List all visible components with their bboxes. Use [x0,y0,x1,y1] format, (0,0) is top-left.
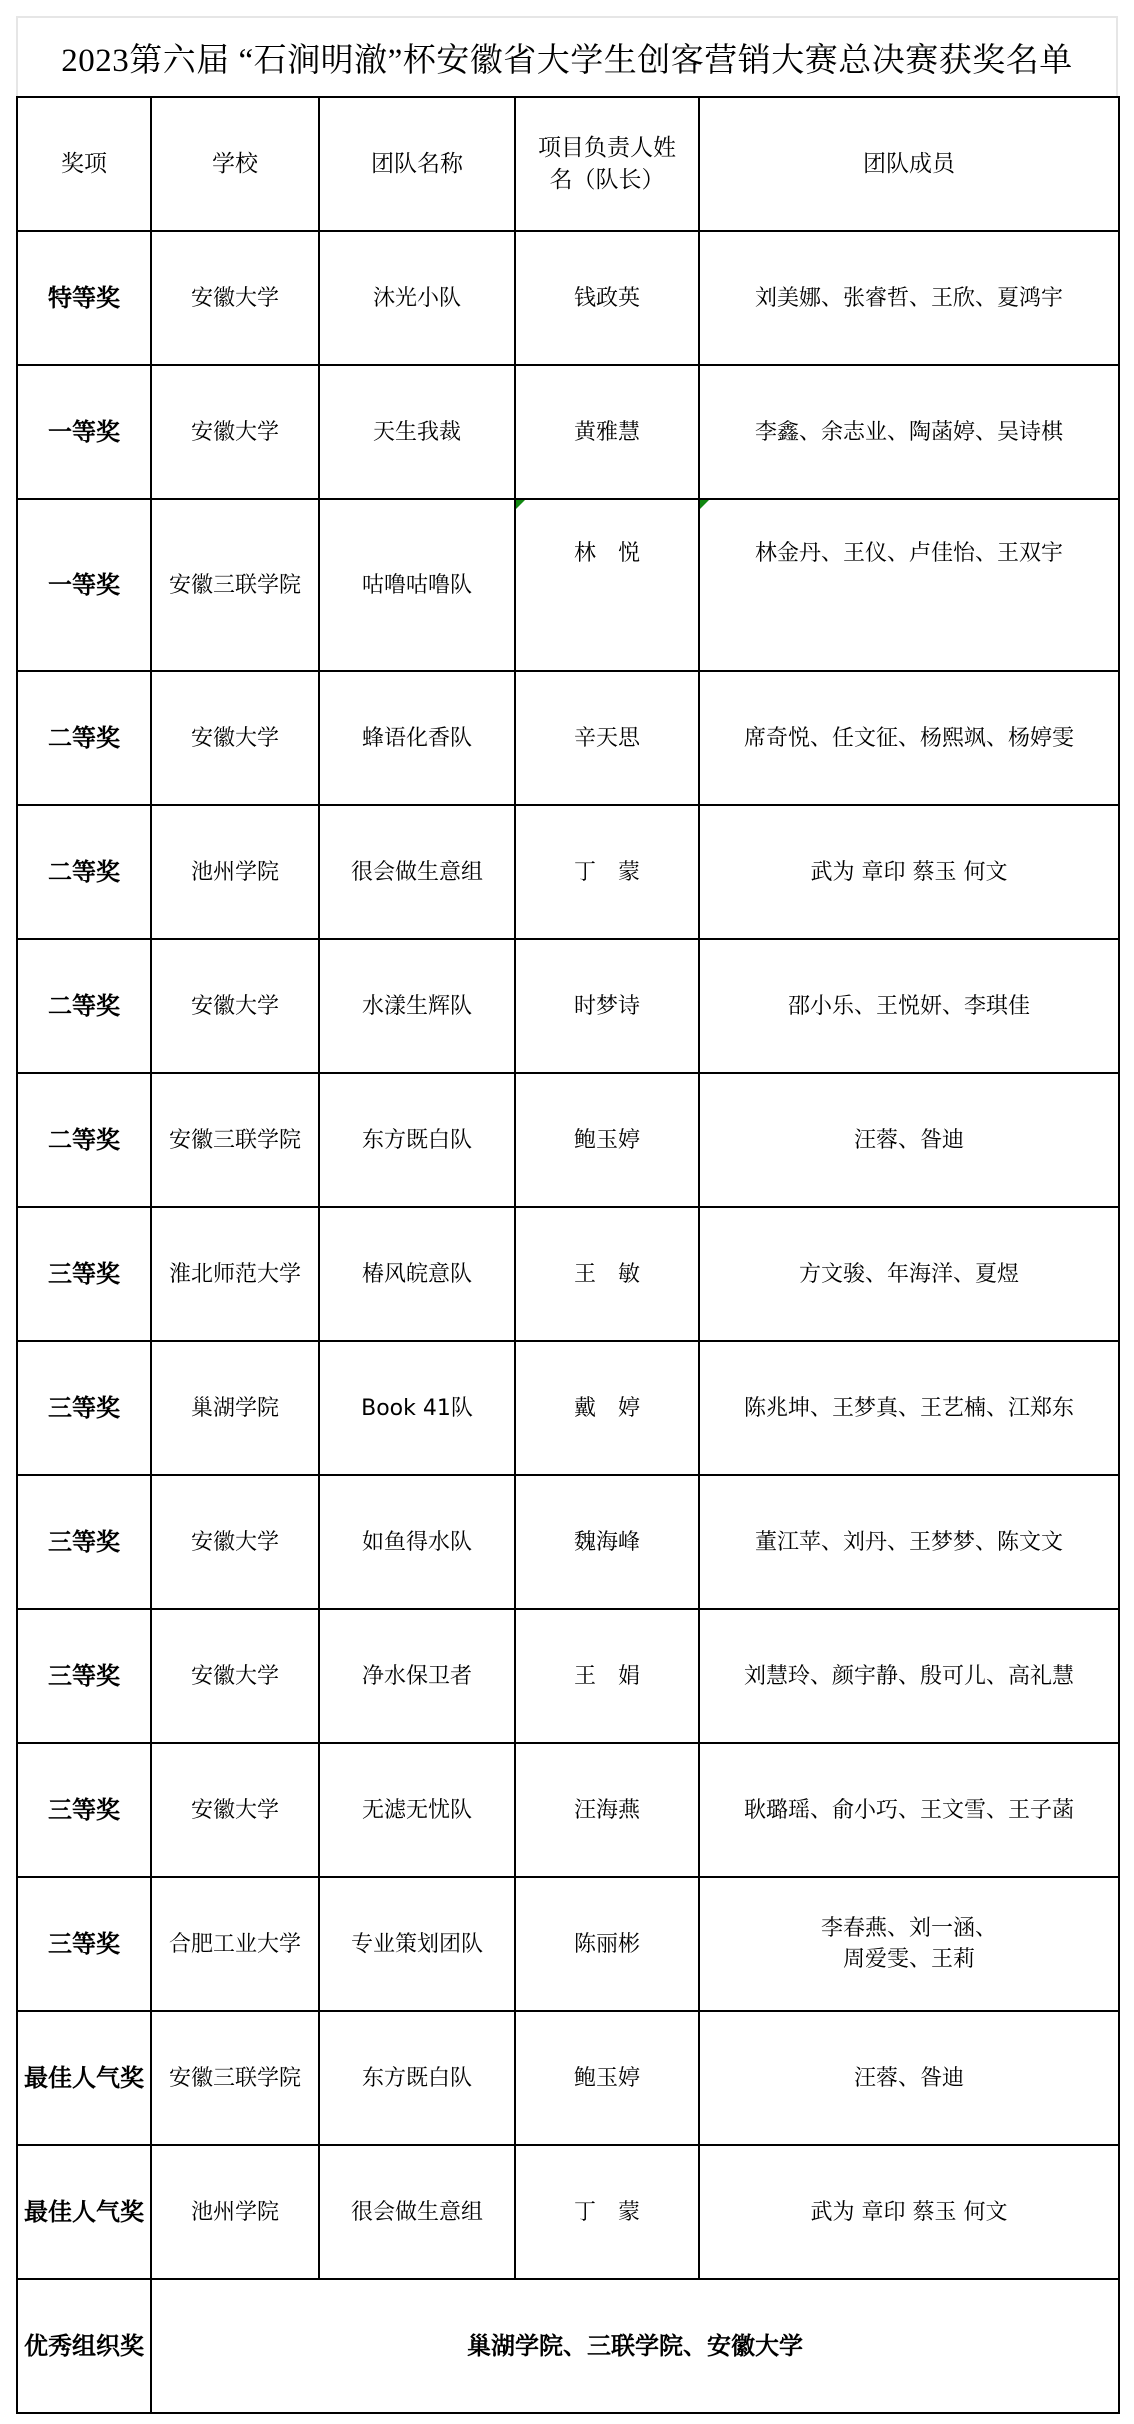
award-cell: 二等奖 [17,1073,151,1207]
header-school: 学校 [151,97,319,231]
header-leader: 项目负责人姓名（队长） [515,97,699,231]
team-cell: 净水保卫者 [319,1609,515,1743]
organization-recipients: 巢湖学院、三联学院、安徽大学 [151,2279,1119,2413]
leader-cell: 丁 蒙 [515,805,699,939]
table-row: 三等奖 合肥工业大学 专业策划团队 陈丽彬 李春燕、刘一涵、 周爱雯、王莉 [17,1877,1119,2011]
school-cell: 巢湖学院 [151,1341,319,1475]
award-table: 奖项 学校 团队名称 项目负责人姓名（队长） 团队成员 特等奖 安徽大学 沐光小… [16,96,1120,2414]
header-members: 团队成员 [699,97,1119,231]
leader-cell: 汪海燕 [515,1743,699,1877]
leader-cell: 陈丽彬 [515,1877,699,2011]
team-cell: 很会做生意组 [319,2145,515,2279]
team-cell: Book 41队 [319,1341,515,1475]
school-cell: 安徽大学 [151,231,319,365]
team-cell: 很会做生意组 [319,805,515,939]
award-cell: 二等奖 [17,939,151,1073]
members-cell: 耿璐瑶、俞小巧、王文雪、王子菡 [699,1743,1119,1877]
members-cell: 李鑫、余志业、陶菡婷、吴诗棋 [699,365,1119,499]
table-row: 二等奖 安徽三联学院 东方既白队 鲍玉婷 汪蓉、昝迪 [17,1073,1119,1207]
members-line-2: 周爱雯、王莉 [704,1944,1114,1975]
table-row: 三等奖 安徽大学 无滤无忧队 汪海燕 耿璐瑶、俞小巧、王文雪、王子菡 [17,1743,1119,1877]
leader-cell: 丁 蒙 [515,2145,699,2279]
award-cell: 二等奖 [17,671,151,805]
leader-cell: 王 娟 [515,1609,699,1743]
header-row: 奖项 学校 团队名称 项目负责人姓名（队长） 团队成员 [17,97,1119,231]
school-cell: 安徽三联学院 [151,1073,319,1207]
award-cell: 特等奖 [17,231,151,365]
members-cell: 邵小乐、王悦妍、李琪佳 [699,939,1119,1073]
table-row: 二等奖 安徽大学 蜂语化香队 辛天思 席奇悦、任文征、杨熙飒、杨婷雯 [17,671,1119,805]
school-cell: 安徽三联学院 [151,499,319,671]
members-cell: 武为 章印 蔡玉 何文 [699,2145,1119,2279]
table-row: 最佳人气奖 池州学院 很会做生意组 丁 蒙 武为 章印 蔡玉 何文 [17,2145,1119,2279]
team-cell: 如鱼得水队 [319,1475,515,1609]
award-cell: 三等奖 [17,1341,151,1475]
school-cell: 池州学院 [151,805,319,939]
members-cell: 董江苹、刘丹、王梦梦、陈文文 [699,1475,1119,1609]
school-cell: 池州学院 [151,2145,319,2279]
award-cell: 三等奖 [17,1743,151,1877]
leader-cell: 钱政英 [515,231,699,365]
table-row: 三等奖 安徽大学 净水保卫者 王 娟 刘慧玲、颜宇静、殷可儿、高礼慧 [17,1609,1119,1743]
team-cell: 蜂语化香队 [319,671,515,805]
award-list-sheet: 2023第六届 “石涧明澈”杯安徽省大学生创客营销大赛总决赛获奖名单 奖项 学校… [16,16,1118,2414]
school-cell: 淮北师范大学 [151,1207,319,1341]
table-row: 最佳人气奖 安徽三联学院 东方既白队 鲍玉婷 汪蓉、昝迪 [17,2011,1119,2145]
members-cell: 武为 章印 蔡玉 何文 [699,805,1119,939]
members-line-1: 李春燕、刘一涵、 [704,1913,1114,1944]
organization-award-row: 优秀组织奖 巢湖学院、三联学院、安徽大学 [17,2279,1119,2413]
team-cell: 专业策划团队 [319,1877,515,2011]
header-team: 团队名称 [319,97,515,231]
school-cell: 安徽大学 [151,1743,319,1877]
school-cell: 安徽大学 [151,671,319,805]
header-award: 奖项 [17,97,151,231]
leader-cell: 鲍玉婷 [515,1073,699,1207]
members-cell: 席奇悦、任文征、杨熙飒、杨婷雯 [699,671,1119,805]
members-cell: 方文骏、年海洋、夏煜 [699,1207,1119,1341]
leader-cell: 戴 婷 [515,1341,699,1475]
team-cell: 水漾生辉队 [319,939,515,1073]
award-cell: 最佳人气奖 [17,2145,151,2279]
comment-marker-icon[interactable] [516,500,525,509]
team-cell: 咕噜咕噜队 [319,499,515,671]
page-title: 2023第六届 “石涧明澈”杯安徽省大学生创客营销大赛总决赛获奖名单 [16,16,1118,96]
table-row: 三等奖 安徽大学 如鱼得水队 魏海峰 董江苹、刘丹、王梦梦、陈文文 [17,1475,1119,1609]
members-cell: 汪蓉、昝迪 [699,1073,1119,1207]
members-cell[interactable]: 林金丹、王仪、卢佳怡、王双宇 [699,499,1119,671]
team-cell: 东方既白队 [319,1073,515,1207]
school-cell: 安徽三联学院 [151,2011,319,2145]
leader-cell: 魏海峰 [515,1475,699,1609]
table-row: 三等奖 巢湖学院 Book 41队 戴 婷 陈兆坤、王梦真、王艺楠、江郑东 [17,1341,1119,1475]
members-cell: 刘美娜、张睿哲、王欣、夏鸿宇 [699,231,1119,365]
award-cell: 优秀组织奖 [17,2279,151,2413]
leader-cell[interactable]: 林 悦 [515,499,699,671]
school-cell: 安徽大学 [151,1609,319,1743]
table-row: 三等奖 淮北师范大学 椿风皖意队 王 敏 方文骏、年海洋、夏煜 [17,1207,1119,1341]
leader-cell: 鲍玉婷 [515,2011,699,2145]
leader-cell: 时梦诗 [515,939,699,1073]
table-row: 一等奖 安徽大学 天生我裁 黄雅慧 李鑫、余志业、陶菡婷、吴诗棋 [17,365,1119,499]
members-cell: 刘慧玲、颜宇静、殷可儿、高礼慧 [699,1609,1119,1743]
leader-cell: 黄雅慧 [515,365,699,499]
leader-cell: 辛天思 [515,671,699,805]
table-row: 特等奖 安徽大学 沐光小队 钱政英 刘美娜、张睿哲、王欣、夏鸿宇 [17,231,1119,365]
award-cell: 三等奖 [17,1609,151,1743]
team-cell: 东方既白队 [319,2011,515,2145]
members-text: 林金丹、王仪、卢佳怡、王双宇 [755,541,1063,566]
table-row: 二等奖 池州学院 很会做生意组 丁 蒙 武为 章印 蔡玉 何文 [17,805,1119,939]
team-cell: 椿风皖意队 [319,1207,515,1341]
award-cell: 最佳人气奖 [17,2011,151,2145]
school-cell: 安徽大学 [151,1475,319,1609]
award-cell: 一等奖 [17,499,151,671]
award-cell: 三等奖 [17,1475,151,1609]
award-cell: 二等奖 [17,805,151,939]
team-cell: 沐光小队 [319,231,515,365]
award-cell: 三等奖 [17,1207,151,1341]
school-cell: 安徽大学 [151,939,319,1073]
members-cell: 李春燕、刘一涵、 周爱雯、王莉 [699,1877,1119,2011]
table-row: 一等奖 安徽三联学院 咕噜咕噜队 林 悦 林金丹、王仪、卢佳怡、王双宇 [17,499,1119,671]
school-cell: 安徽大学 [151,365,319,499]
award-cell: 三等奖 [17,1877,151,2011]
table-row: 二等奖 安徽大学 水漾生辉队 时梦诗 邵小乐、王悦妍、李琪佳 [17,939,1119,1073]
comment-marker-icon[interactable] [700,500,709,509]
school-cell: 合肥工业大学 [151,1877,319,2011]
award-cell: 一等奖 [17,365,151,499]
team-cell: 无滤无忧队 [319,1743,515,1877]
members-cell: 汪蓉、昝迪 [699,2011,1119,2145]
leader-name: 林 悦 [574,541,640,566]
leader-cell: 王 敏 [515,1207,699,1341]
team-cell: 天生我裁 [319,365,515,499]
members-cell: 陈兆坤、王梦真、王艺楠、江郑东 [699,1341,1119,1475]
